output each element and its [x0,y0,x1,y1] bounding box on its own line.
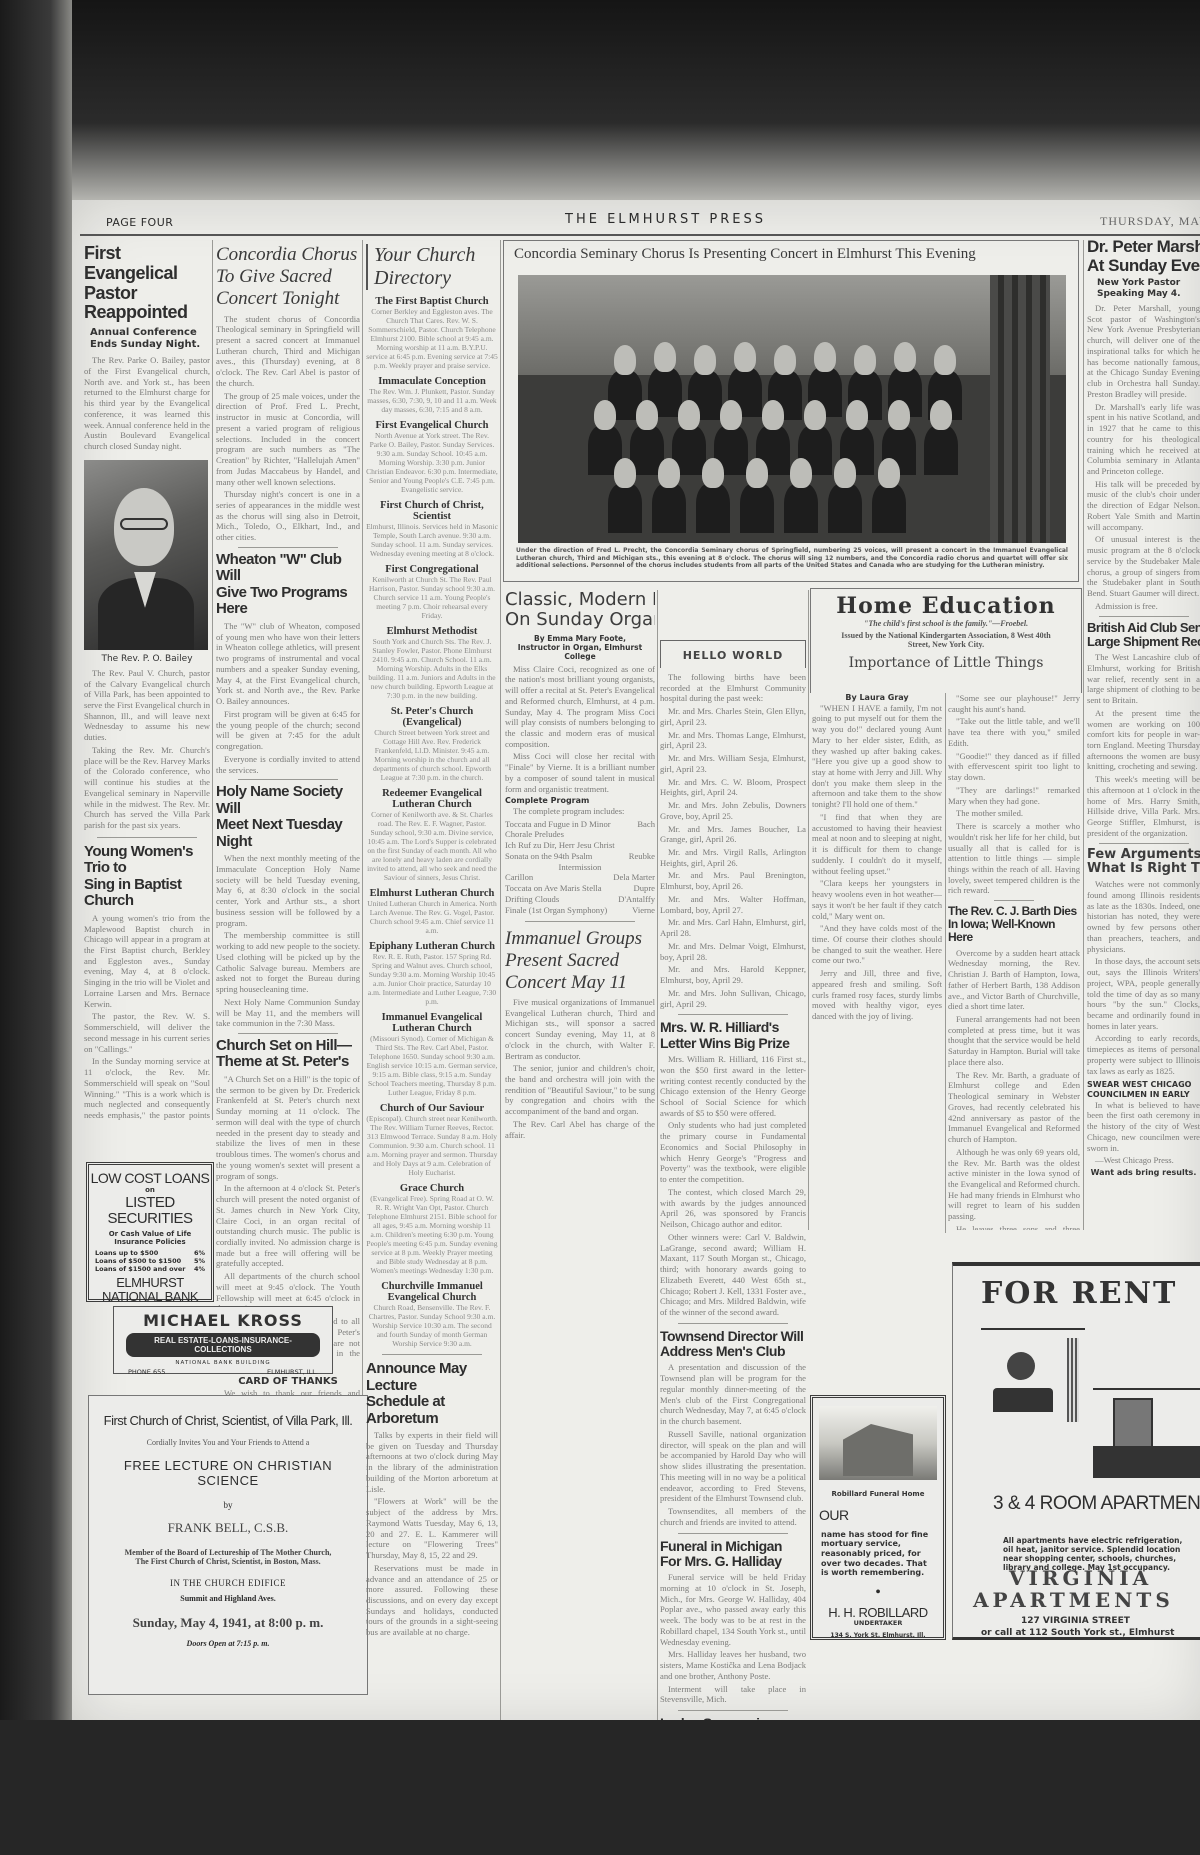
hello-world-box: HELLO WORLD [660,640,806,668]
column-divider [212,240,213,1120]
headline: The Rev. C. J. Barth Dies In Iowa; Well-… [948,905,1080,945]
title-line: Directory [374,267,498,290]
paragraph: Everyone is cordially invited to attend … [216,754,360,775]
church-name: Redeemer Evangelical Lutheran Church [366,788,498,810]
issued-by: Issued by the National Kindergarten Asso… [841,631,1051,649]
headline: Church Set on Hill— Theme at St. Peter's [216,1038,360,1071]
headline-line: Pastor Reappointed [84,284,210,324]
church-name: Grace Church [366,1183,498,1194]
bank-name-line: NATIONAL BANK [89,1290,211,1304]
article-body: Five musical organizations of Immanuel E… [505,997,655,1141]
divider [1099,616,1189,617]
piece: Intermission [559,862,602,872]
paragraph: Five musical organizations of Immanuel E… [505,997,655,1061]
apartment-address: 127 VIRGINIA STREET [1021,1616,1130,1627]
paragraph: At the present time the women are workin… [1087,708,1200,772]
home-education-col-left: By Laura Gray "WHEN I HAVE a family, I'm… [812,693,942,1233]
masthead: PAGE FOUR THE ELMHURST PRESS THURSDAY, M… [100,210,1200,234]
program-list: The complete program includes: Toccata a… [505,806,655,915]
event-date: Sunday, May 4, 1941, at 8:00 p. m. [95,1615,361,1631]
subhead-line: Ends Sunday Night. [90,339,210,351]
divider [238,779,338,780]
divider [525,921,635,922]
piece: Finale (1st Organ Symphony) [505,905,607,916]
church-details: North Avenue at York street. The Rev. Pa… [366,431,498,494]
headline-line: Announce May Lecture [366,1361,498,1394]
paragraph: "Clara keeps her youngsters in heavy woo… [812,878,942,921]
headline-line: Classic, Modern Numbers [505,590,655,610]
ad-low-cost-loans: LOW COST LOANS on LISTED SECURITIES Or C… [86,1162,214,1302]
byline-line: College [505,652,655,661]
church-details: Corner of Kenilworth ave. & St. Charles … [366,810,498,882]
paragraph: The West Lancashire club of Elmhurst, wo… [1087,652,1200,706]
ad-michael-kross: MICHAEL KROSS REAL ESTATE-LOANS-INSURANC… [113,1306,333,1374]
headline-line: Theme at St. Peter's [216,1054,360,1071]
paragraph: The student chorus of Concordia Theologi… [216,314,360,389]
headline-line: Few Arguments Over [1087,848,1200,862]
headline-line: Meet Next Tuesday Night [216,817,360,850]
program-item: Intermission [505,862,655,873]
singer [930,400,952,430]
church-name: St. Peter's Church (Evangelical) [366,706,498,728]
paragraph: Next Holy Name Communion Sunday will be … [216,997,360,1029]
headline-line: Schedule at Arboretum [366,1394,498,1427]
headline-line: COUNCILMEN IN EARLY [1087,1090,1200,1100]
article-body: "WHEN I HAVE a family, I'm not going to … [812,703,942,1022]
headline-line: Church Set on Hill— [216,1038,360,1055]
ad-headline: LISTED SECURITIES [89,1195,211,1228]
article-body: Funeral service will be held Friday morn… [660,1572,806,1705]
church-name: Church of Our Saviour [366,1103,498,1114]
church-name: Elmhurst Methodist [366,626,498,637]
funeral-home-illustration [819,1406,937,1480]
paragraph: "I find that when they are accustomed to… [812,812,942,876]
bank-name: ELMHURST NATIONAL BANK [89,1276,211,1305]
phone: PHONE 655 [128,1368,165,1376]
program-item: Chorale Preludes [505,829,655,840]
birth-item: Mr. and Mrs. William Sesja, Elmhurst, gi… [660,753,806,774]
singer [834,458,856,488]
paragraph: A presentation and discussion of the Tow… [660,1362,806,1426]
piece: Drifting Clouds [505,894,559,905]
photo-caption: The Rev. P. O. Bailey [84,654,210,664]
article-body: The "W" club of Wheaton, composed of you… [216,621,360,775]
paragraph: Mrs. William R. Hilliard, 116 First st.,… [660,1054,806,1118]
headline: Few Arguments Over What Is Right Time [1087,848,1200,877]
home-education-header: Home Education "The child's first school… [810,588,1082,693]
article-barth: The Rev. C. J. Barth Dies In Iowa; Well-… [948,905,1080,1230]
church-directory: Your Church Directory The First Baptist … [366,244,498,1724]
church-name: The First Baptist Church [366,296,498,307]
piece: Toccata and Fugue in D Minor [505,819,611,830]
subhead: New York Pastor Speaking May 4. [1097,278,1200,300]
church-details: Elmhurst, Illinois. Services held in Mas… [366,522,498,558]
article-body-cont: The Rev. Paul V. Church, pastor of the C… [84,668,210,831]
paragraph: Overcome by a sudden heart attack Wednes… [948,948,1080,1012]
article-body: "Some see our playhouse!" Jerry caught h… [948,693,1080,896]
ad-for-rent: FOR RENT 3 & 4 ROOM APARTMENTS All apart… [952,1262,1200,1640]
door-time: Doors Open at 7:15 p. m. [95,1639,361,1648]
issue-date: THURSDAY, MAY 1, 1941 [1100,214,1200,229]
divider [238,547,338,548]
program-item: Drifting CloudsD'Antalffy [505,894,655,905]
paragraph: This week's meeting will be this afterno… [1087,774,1200,838]
article-evangelical-pastor: First Evangelical Pastor Reappointed Ann… [84,244,210,831]
undertaker-name: H. H. ROBILLARD [813,1606,943,1620]
column-divider [808,590,809,1230]
composer: D'Antalffy [618,894,655,905]
piece: Carillon [505,872,533,883]
ad-content: MICHAEL KROSS REAL ESTATE-LOANS-INSURANC… [114,1311,332,1378]
church-name: Immaculate Conception [366,376,498,387]
rate-value: 4% [194,1265,205,1273]
paragraph: "Some see our playhouse!" Jerry caught h… [948,693,1080,714]
program-item: Sonata on the 94th PsalmReubke [505,851,655,862]
paragraph: Talks by experts in their field will be … [366,1430,498,1494]
article-body: In what is believed to have been the fir… [1087,1100,1200,1166]
divider [678,1014,788,1015]
paragraph: Funeral arrangements had not been comple… [948,1014,1080,1068]
births-list: The following births have been recorded … [660,672,806,1009]
article-body: The West Lancashire club of Elmhurst, wo… [1087,652,1200,838]
headline-line: Young Women's Trio to [84,844,210,877]
singer [790,458,812,488]
program-intro: The complete program includes: [505,806,655,817]
birth-item: Mr. and Mrs. John Sullivan, Chicago, gir… [660,988,806,1009]
paragraph: The mother smiled. [948,808,1080,819]
church-details: (Missouri Synod). Corner of Michigan & T… [366,1034,498,1097]
church-name: First Church of Christ, Scientist [366,500,498,522]
divider [1099,843,1189,844]
byline: By Laura Gray [812,693,942,703]
paragraph: Of unusual interest is the music program… [1087,534,1200,598]
singer [774,345,796,375]
column-divider [1083,240,1084,1230]
headline: Dr. Peter Marshall At Sunday Eve Club [1087,238,1200,275]
headline: Classic, Modern Numbers On Sunday Organ … [505,590,655,630]
ad-content: First Church of Christ, Scientist, of Vi… [89,1396,367,1648]
headline-line: At Sunday Eve Club [1087,257,1200,276]
paragraph: Russell Saville, national organization d… [660,1429,806,1504]
paragraph: Miss Claire Coci, recognized as one of t… [505,664,655,750]
paragraph: Dr. Peter Marshall, young Scot pastor of… [1087,303,1200,400]
church-details: Corner Berkley and Eggleston aves. The C… [366,307,498,370]
home-education-col-right: "Some see our playhouse!" Jerry caught h… [948,693,1080,903]
paragraph: Although he was only 69 years old, the R… [948,1147,1080,1222]
scan-left-shadow [0,0,72,1855]
hello-world-title: HELLO WORLD [661,649,805,662]
paragraph: The Rev. Mr. Barth, a graduate of Elmhur… [948,1070,1080,1145]
church-name: Churchville Immanuel Evangelical Church [366,1281,498,1303]
column-divider [500,240,501,1730]
headline-line: Townsend Director Will [660,1329,806,1344]
headline-line: Address Men's Club [660,1344,806,1359]
church-name: Elmhurst Lutheran Church [366,888,498,899]
birth-item: Mr. and Mrs. Paul Brenington, Elmhurst, … [660,870,806,891]
paragraph: The group of 25 male voices, under the d… [216,391,360,488]
city: ELMHURST, ILL. [267,1368,318,1376]
paragraph: His talk will be preceded by music of th… [1087,479,1200,533]
church-name: First Evangelical Church [366,420,498,431]
singer [894,342,916,372]
paragraph: Mrs. Halliday leaves her husband, two si… [660,1649,806,1681]
column-hello-world: HELLO WORLD The following births have be… [660,640,806,1730]
article-body: The Rev. Parke O. Bailey, pastor of the … [84,355,210,452]
byline: By Emma Mary Foote, Instructor in Organ,… [505,634,655,661]
rate-row: Loans up to $5006% [95,1249,205,1257]
headline-line: British Aid Club Sends [1087,621,1200,635]
headline: Mrs. W. R. Hilliard's Letter Wins Big Pr… [660,1020,806,1051]
divider [238,1033,338,1034]
for-rent-title: FOR RENT [981,1276,1200,1311]
headline: Young Women's Trio to Sing in Baptist Ch… [84,844,210,910]
singer [702,458,724,488]
ad-text: OUR [819,1508,943,1523]
byline-line: By Emma Mary Foote, [505,634,655,643]
program-item: Finale (1st Organ Symphony)Vierne [505,905,655,916]
headline-line: What Is Right Time [1087,862,1200,876]
singer [878,458,900,488]
singer [694,345,716,375]
composer: Dupre [634,883,655,894]
singer [594,400,616,430]
singer [762,400,784,430]
birth-item: Mr. and Mrs. James Boucher, La Grange, g… [660,824,806,845]
paragraph: Interment will take place in Stevensvill… [660,1684,806,1705]
paragraph: There is scarcely a mother who wouldn't … [948,821,1080,896]
headline-line: On Sunday Organ Program [505,610,655,630]
paragraph: The following births have been recorded … [660,672,806,704]
headline-line: Dr. Peter Marshall [1087,238,1200,257]
paragraph: Other winners were: Carl V. Baldwin, LaG… [660,1232,806,1318]
paragraph: Thursday night's concert is one in a ser… [216,489,360,543]
rate-row: Loans of $500 to $15005% [95,1257,205,1265]
photo-curtain [990,275,1050,543]
birth-item: Mr. and Mrs. Thomas Lange, Elmhurst, gir… [660,730,806,751]
headline: Townsend Director Will Address Men's Clu… [660,1329,806,1360]
ad-headline: MICHAEL KROSS [114,1311,332,1330]
paragraph: The Rev. Paul V. Church, pastor of the C… [84,668,210,743]
paragraph: Taking the Rev. Mr. Church's place will … [84,745,210,831]
column-1: First Evangelical Pastor Reappointed Ann… [84,244,210,1124]
church-details: United Lutheran Church in America. North… [366,899,498,935]
church-details: Rev. R. E. Ruth, Pastor. 157 Spring Rd. … [366,952,498,1006]
program-item: Toccata on Ave Maris StellaDupre [505,883,655,894]
subhead-line: Speaking May 4. [1097,289,1200,300]
headline-line: Letter Wins Big Prize [660,1036,806,1051]
church-details: South York and Church Sts. The Rev. J. S… [366,637,498,700]
divider [678,1710,788,1711]
bedroom-illustration [1093,1388,1200,1480]
singer [854,345,876,375]
singer [804,400,826,430]
paragraph: "Take out the little table, and we'll ha… [948,716,1080,748]
headline-line: SWEAR WEST CHICAGO [1087,1080,1200,1090]
birth-item: Mr. and Mrs. John Zebulis, Downers Grove… [660,800,806,821]
headline-line: First Evangelical [84,244,210,284]
title-line: Your Church [374,244,498,267]
paragraph: "A Church Set on a Hill" is the topic of… [216,1074,360,1181]
apartment-name: VIRGINIA [1009,1566,1152,1590]
rate-label: Loans up to $500 [95,1249,158,1257]
masthead-rule [80,234,1200,236]
singer [636,400,658,430]
program-item: Toccata and Fugue in D MinorBach [505,819,655,830]
singer [746,458,768,488]
church-details: The Rev. Wm. J. Plunkett, Pastor. Sunday… [366,387,498,414]
singer [814,342,836,372]
piece: Toccata on Ave Maris Stella [505,883,602,894]
ad-headline: LOW COST LOANS [89,1171,211,1186]
headline-line: Funeral in Michigan [660,1539,806,1554]
article-body: Dr. Peter Marshall, young Scot pastor of… [1087,303,1200,612]
headline-line: Holy Name Society Will [216,784,360,817]
paragraph: Only students who had just completed the… [660,1120,806,1184]
paragraph: Watches were not commonly found among Il… [1087,879,1200,954]
headline-line: Give Two Programs Here [216,585,360,618]
paragraph: Jerry and Jill, three and five, appeared… [812,968,942,1022]
feature-photo-title: Concordia Seminary Chorus Is Presenting … [504,241,1078,268]
headline: Immanuel Groups Present Sacred Concert M… [505,928,655,994]
article-body: Overcome by a sudden heart attack Wednes… [948,948,1080,1230]
headline-line: Wheaton "W" Club Will [216,552,360,585]
article-body: A presentation and discussion of the Tow… [660,1362,806,1527]
undertaker-title: UNDERTAKER [813,1620,943,1628]
paragraph: The Rev. Carl Abel has charge of the aff… [505,1119,655,1140]
paragraph: The senior, junior and children's choir,… [505,1063,655,1117]
rate-label: Loans of $1500 and over [95,1265,185,1273]
headline-line: Mrs. W. R. Hilliard's [660,1020,806,1035]
birth-item: Mr. and Mrs. Virgil Ralls, Arlington Hei… [660,847,806,868]
paragraph: The pastor, the Rev. W. S. Sommerschield… [84,1011,210,1054]
ad-robillard-funeral-home: Robillard Funeral Home OUR name has stoo… [810,1395,946,1640]
paragraph: In the afternoon at 4 o'clock St. Peter'… [216,1183,360,1269]
scan-bottom-shadow [0,1720,1200,1855]
article-body: Talks by experts in their field will be … [366,1430,498,1638]
composer: Dela Marter [613,872,655,883]
paragraph: Dr. Marshall's early life was spent in h… [1087,402,1200,477]
headline-line: In Iowa; Well-Known Here [948,918,1080,944]
birth-item: Mr. and Mrs. Harold Keppner, Elmhurst, b… [660,964,806,985]
headline-line: Immanuel Groups [505,928,655,950]
paragraph: A young women's trio from the Maplewood … [84,913,210,1010]
birth-item: Mr. and Mrs. Charles Stein, Glen Ellyn, … [660,706,806,727]
ad-headline: First Church of Christ, Scientist, of Vi… [95,1414,361,1428]
paragraph: "They are darlings!" remarked Mary when … [948,785,1080,806]
article-body: A young women's trio from the Maplewood … [84,913,210,1124]
page-number: PAGE FOUR [106,216,173,229]
paragraph: He leaves three sons and three daughters… [948,1224,1080,1230]
singer [888,400,910,430]
subhead-line: New York Pastor [1097,278,1200,289]
column-divider [945,693,946,1233]
singer [734,342,756,372]
rate-table: Loans up to $5006% Loans of $500 to $150… [89,1249,211,1273]
paragraph: In the Sunday morning service at 11 o'cl… [84,1056,210,1124]
headline: Announce May Lecture Schedule at Arboret… [366,1361,498,1427]
birth-item: Mr. and Mrs. Delmar Voigt, Elmhurst, boy… [660,941,806,962]
paper-name: THE ELMHURST PRESS [565,212,766,227]
source: —West Chicago Press. [1087,1155,1200,1166]
birth-item: Mr. and Mrs. C. W. Bloom, Prospect Heigh… [660,777,806,798]
singer [654,342,676,372]
singer [658,458,680,488]
rate-label: Loans of $500 to $1500 [95,1257,181,1265]
mirror-icon [1007,1352,1035,1380]
ad-text: The First Church of Christ, Scientist, i… [95,1557,361,1566]
column-divider [362,240,363,1410]
article-body: When the next monthly meeting of the Imm… [216,853,360,1029]
paragraph: Miss Coci will close her recital with "F… [505,751,655,794]
building-icon [843,1424,913,1476]
subhead: Annual Conference Ends Sunday Night. [90,327,210,351]
chorus-photo [518,275,1066,543]
ad-caption: Robillard Funeral Home [813,1490,943,1498]
divider [382,1354,482,1355]
bullet-icon: • [813,1584,943,1602]
paragraph: "Goodie!" they danced as if filled with … [948,751,1080,783]
paragraph: First program will be given at 6:45 for … [216,709,360,752]
paragraph: When the next monthly meeting of the Imm… [216,853,360,928]
column-divider [657,590,658,1730]
brief-headline: SWEAR WEST CHICAGO COUNCILMEN IN EARLY [1087,1080,1200,1099]
headline: British Aid Club Sends Large Shipment Re… [1087,621,1200,650]
church-details: (Episcopal). Church street near Kenilwor… [366,1114,498,1177]
program-title: Complete Program [505,796,655,806]
composer: Bach [637,819,655,830]
paragraph: Funeral service will be held Friday morn… [660,1572,806,1647]
ad-text: Cordially Invites You and Your Friends t… [95,1438,361,1447]
bank-name-line: ELMHURST [89,1276,211,1290]
divider [678,1533,788,1534]
headline-line: Concert Tonight [216,288,360,310]
ad-text: Or Cash Value of Life Insurance Policies [93,1230,207,1247]
column-far-right: Dr. Peter Marshall At Sunday Eve Club Ne… [1087,238,1200,1233]
singer [934,345,956,375]
composer: Vierne [632,905,655,916]
divider [97,837,197,838]
living-room-illustration [981,1328,1085,1422]
program-item: Ich Ruf zu Dir, Herr Jesu Christ [505,840,655,851]
venue: IN THE CHURCH EDIFICE [95,1578,361,1588]
ad-text: name has stood for fine mortuary service… [821,1530,935,1578]
paragraph: "And they have colds most of the time. O… [812,923,942,966]
headline-line: For Mrs. G. Halliday [660,1554,806,1569]
program-item: CarillonDela Marter [505,872,655,883]
composer: Reubke [629,851,655,862]
glasses-icon [120,518,168,530]
paragraph: The membership committee is still workin… [216,930,360,994]
address: Summit and Highland Aves. [95,1594,361,1603]
church-name: Immanuel Evangelical Lutheran Church [366,1012,498,1034]
article-body: The student chorus of Concordia Theologi… [216,314,360,543]
services-banner: REAL ESTATE-LOANS-INSURANCE-COLLECTIONS [126,1333,320,1357]
directory-list: The First Baptist Church Corner Berkley … [366,296,498,1348]
headline: Wheaton "W" Club Will Give Two Programs … [216,552,360,618]
paragraph: Townsendites, all members of the church … [660,1506,806,1527]
undertaker-address: 134 S. York St. Elmhurst, Ill. [813,1632,943,1639]
scan-top-shadow [0,0,1200,205]
paragraph: The contest, which closed March 29, with… [660,1187,806,1230]
paragraph: "Flowers at Work" will be the subject of… [366,1496,498,1560]
paragraph: In what is believed to have been the fir… [1087,1100,1200,1154]
lecture-title: FREE LECTURE ON CHRISTIAN SCIENCE [95,1459,361,1488]
want-ads-filler: Want ads bring results. [1087,1168,1200,1178]
speaker-name: FRANK BELL, C.S.B. [95,1520,361,1536]
rate-value: 5% [194,1257,205,1265]
article-body: Miss Claire Coci, recognized as one of t… [505,664,655,795]
subhead-line: Annual Conference [90,327,210,339]
